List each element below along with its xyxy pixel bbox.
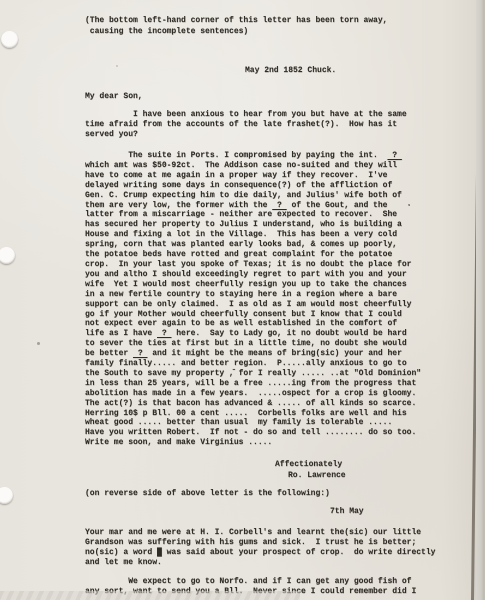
letter-closing: Affectionately	[275, 460, 342, 470]
reverse-paragraph-1: Your mar and me were at H. I. Corbell's …	[85, 528, 435, 568]
underlying-page-edge	[0, 591, 300, 600]
reverse-dateline: 7th May	[330, 507, 364, 517]
letter-dateline: May 2nd 1852 Chuck.	[245, 66, 336, 76]
archivist-note: (The bottom left-hand corner of this let…	[85, 16, 387, 37]
letter-signature: Ro. Lawrence	[288, 471, 346, 481]
reverse-side-note: (on reverse side of above letter is the …	[85, 489, 330, 499]
letter-paragraph-2: The suite in Ports. I compromised by pay…	[85, 151, 421, 448]
letter-salutation: My dear Son,	[85, 92, 143, 102]
letter-scan: (The bottom left-hand corner of this let…	[0, 0, 485, 600]
ink-speck	[37, 342, 40, 345]
letter-paragraph-1: I have been anxious to hear from you but…	[85, 110, 407, 140]
ink-speck	[116, 65, 118, 67]
punch-hole-icon	[0, 247, 15, 264]
letter-page: (The bottom left-hand corner of this let…	[0, 0, 479, 600]
scan-margin	[476, 0, 485, 600]
punch-hole-icon	[1, 31, 18, 48]
punch-hole-icon	[0, 487, 13, 504]
